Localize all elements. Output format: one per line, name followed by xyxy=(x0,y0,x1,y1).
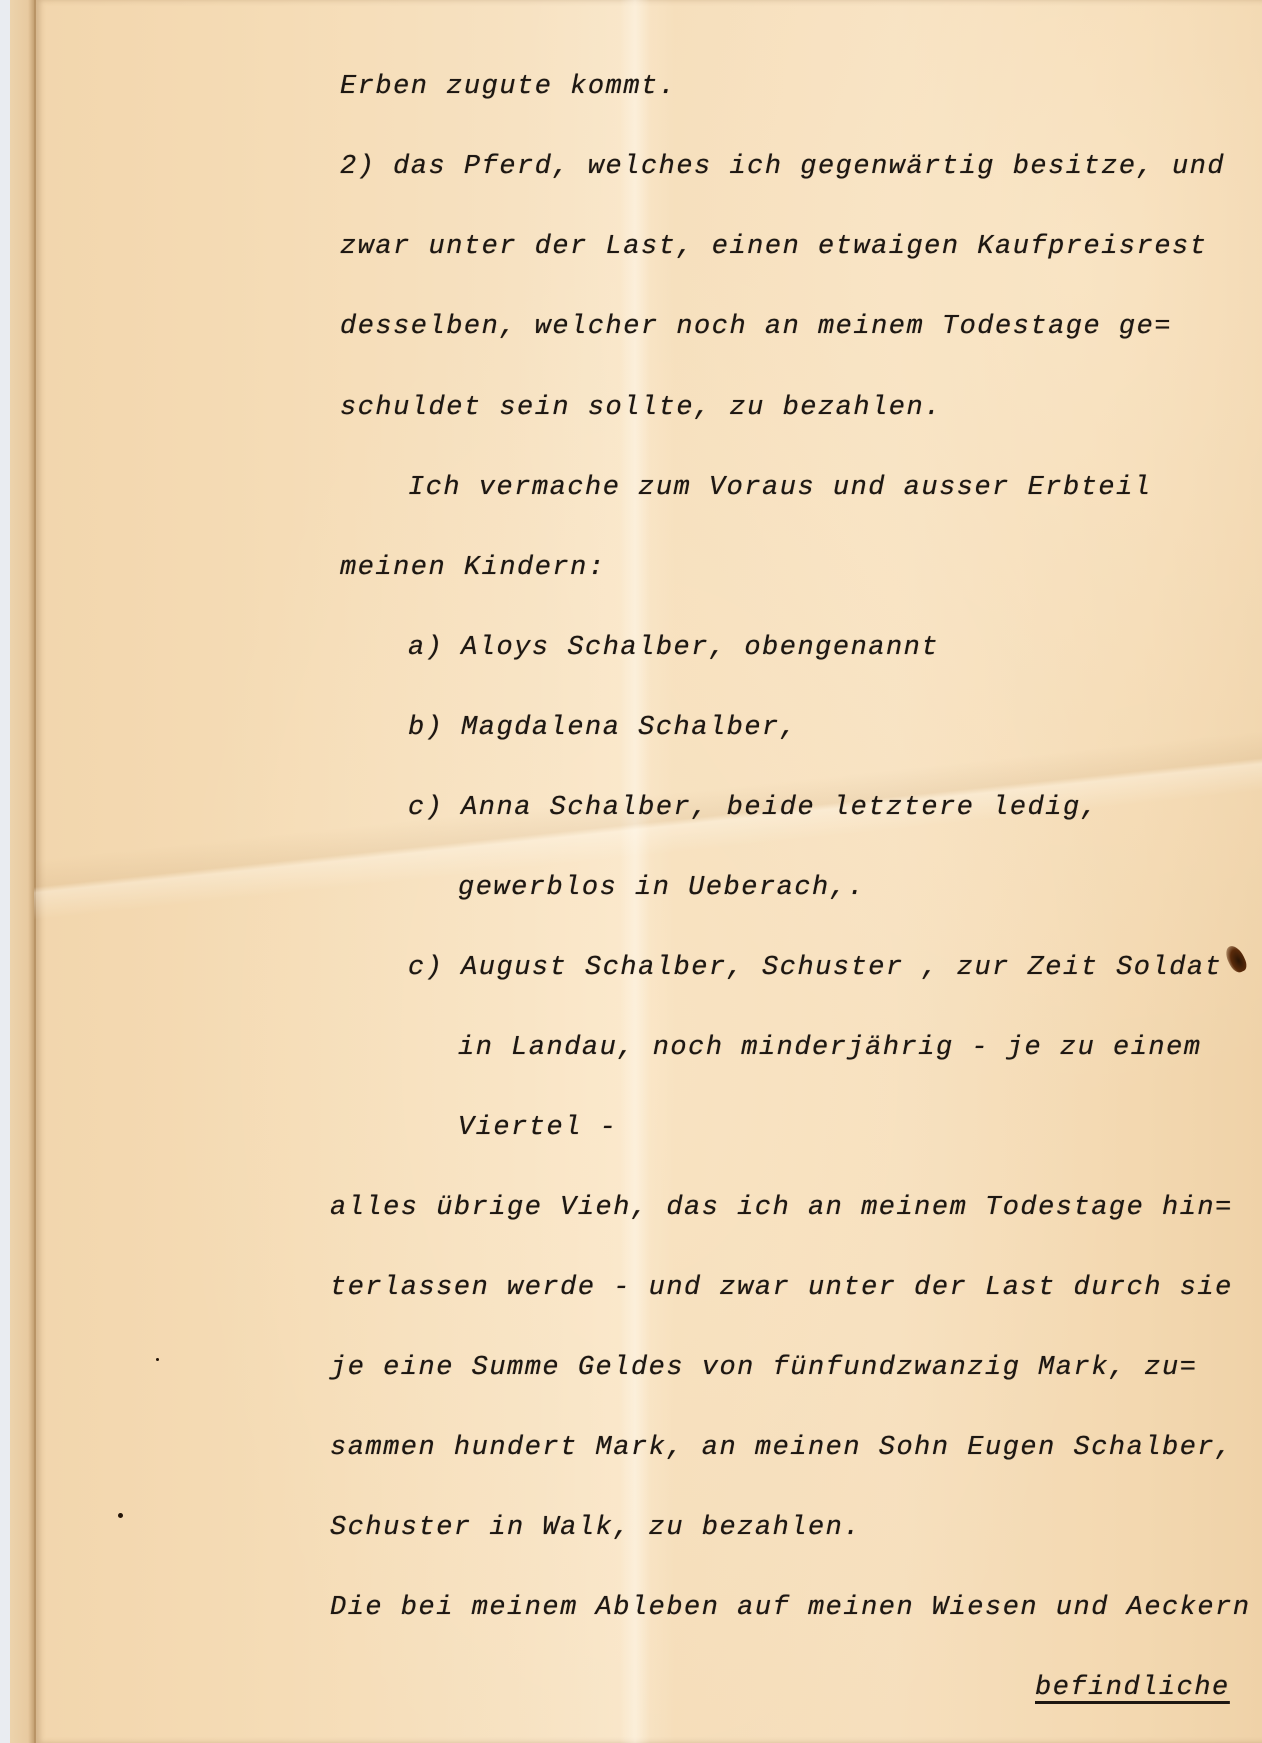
text-line: Ich vermache zum Voraus und ausser Erbte… xyxy=(408,473,1152,503)
text-line: 2) das Pferd, welches ich gegenwärtig be… xyxy=(340,152,1225,182)
text-line: je eine Summe Geldes von fünfundzwanzig … xyxy=(330,1353,1197,1383)
ink-speck xyxy=(118,1513,123,1518)
text-line: Erben zugute kommt. xyxy=(340,72,676,102)
ink-speck xyxy=(156,1358,159,1361)
catchword-underlined: befindliche xyxy=(1035,1673,1230,1703)
text-line: in Landau, noch minderjährig - je zu ein… xyxy=(458,1033,1202,1063)
text-line: desselben, welcher noch an meinem Todest… xyxy=(340,312,1172,342)
text-line: meinen Kindern: xyxy=(340,553,606,583)
text-line: sammen hundert Mark, an meinen Sohn Euge… xyxy=(330,1433,1233,1463)
text-line: alles übrige Vieh, das ich an meinem Tod… xyxy=(330,1193,1233,1223)
list-item-b: b) Magdalena Schalber, xyxy=(408,713,797,743)
text-line: terlassen werde - und zwar unter der Las… xyxy=(330,1273,1233,1303)
list-item-a: a) Aloys Schalber, obengenannt xyxy=(408,633,939,663)
text-line: Viertel - xyxy=(458,1113,617,1143)
text-line: Schuster in Walk, zu bezahlen. xyxy=(330,1513,861,1543)
list-item-c: c) Anna Schalber, beide letztere ledig, xyxy=(408,793,1098,823)
text-line: gewerblos in Ueberach,. xyxy=(458,873,865,903)
text-line: Die bei meinem Ableben auf meinen Wiesen… xyxy=(330,1593,1251,1623)
text-line: zwar unter der Last, einen etwaigen Kauf… xyxy=(340,232,1207,262)
text-line: schuldet sein sollte, zu bezahlen. xyxy=(340,393,942,423)
list-item-c2: c) August Schalber, Schuster , zur Zeit … xyxy=(408,953,1222,983)
